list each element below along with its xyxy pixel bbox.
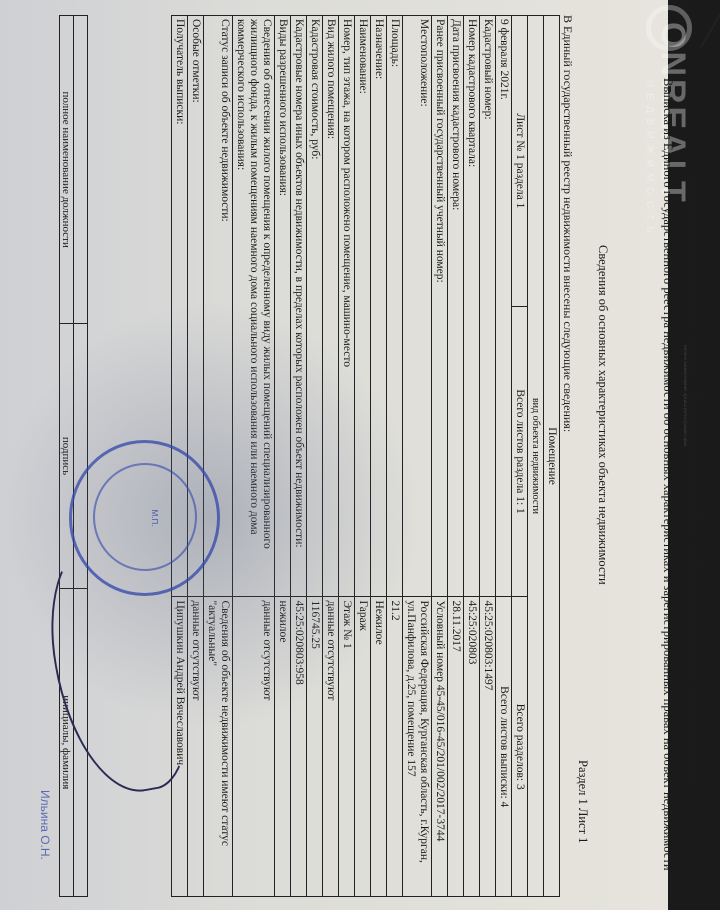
position-caption: полное наименование должности [60,16,74,324]
sheet-number: Лист № 1 раздела 1 [512,16,528,307]
section-reference: Раздел 1 Лист 1 [575,760,590,843]
row-value: 116745.25 [307,597,323,897]
sheets-in-section: Всего листов раздела 1: 1 [512,306,528,597]
row-label: Дата присвоения кадастрового номера: [448,16,464,597]
row-value: Этаж № 1 [339,597,355,897]
row-label: Сведения об отнесении жилого помещения к… [233,16,275,597]
row-label: Виды разрешенного использования: [275,16,291,597]
row-label: Наименование: [355,16,371,597]
table-row: Статус записи об объекте недвижимости:Св… [204,16,233,897]
watermark-tagline: НЕДВИЖИМОСТЬ [644,80,655,239]
table-row: Сведения об отнесении жилого помещения к… [233,16,275,897]
table-row: Дата присвоения кадастрового номера:28.1… [448,16,464,897]
row-value: Нежилое [371,597,387,897]
row-value: нежилое [275,597,291,897]
signature-caption: подпись [60,324,74,588]
sections-total: Всего разделов: 3 [512,597,528,897]
table-row: Кадастровый номер:45:25:020803:1497 [480,16,496,897]
signer-name: Ильина О.Н. [38,790,52,860]
row-value: данные отсутствуют [233,597,275,897]
row-label: Кадастровая стоимость, руб: [307,16,323,597]
row-label: Номер, тип этажа, на котором расположено… [339,16,355,597]
row-value: 45:25:020803:1497 [480,597,496,897]
characteristics-rows: Кадастровый номер:45:25:020803:1497Номер… [172,16,496,897]
organization-name: Управление Федеральной службы государств… [689,180,704,781]
row-value: 21.2 [387,597,403,897]
table-row: Номер, тип этажа, на котором расположено… [339,16,355,897]
row-value: 45:25:020803 [464,597,480,897]
row-value: Российская Федерация, Курганская область… [403,597,432,897]
row-value: 28.11.2017 [448,597,464,897]
table-row: Виды разрешенного использования:нежилое [275,16,291,897]
sheets-total: Всего листов выписки: 4 [496,597,512,897]
table-row: Номер кадастрового квартала:45:25:020803 [464,16,480,897]
seal-label: М.П. [150,453,159,583]
document-subtitle: Сведения об основных характеристиках объ… [595,245,610,585]
object-type-caption: вид объекта недвижимости [528,16,544,897]
characteristics-table: Помещение вид объекта недвижимости Лист … [171,15,560,897]
row-label: Кадастровый номер: [480,16,496,597]
row-value: Сведения об объекте недвижимости имеют с… [204,597,233,897]
row-label: Кадастровые номера иных объектов недвижи… [291,16,307,597]
row-label: Ранее присвоенный государственный учетны… [432,16,448,597]
row-label: Местоположение: [403,16,432,597]
table-row: Кадастровые номера иных объектов недвижи… [291,16,307,897]
organization-caption: полное наименование органа регистрации п… [682,345,687,446]
table-row: Ранее присвоенный государственный учетны… [432,16,448,897]
document-title: Выписка из Единого государственного реес… [660,78,675,871]
row-label: Площадь: [387,16,403,597]
row-value: Гараж [355,597,371,897]
table-row: Вид жилого помещения:данные отсутствуют [323,16,339,897]
table-row: Площадь:21.2 [387,16,403,897]
table-row: Местоположение:Российская Федерация, Кур… [403,16,432,897]
intro-text: В Единый государственный реестр недвижим… [560,15,575,432]
row-label: Вид жилого помещения: [323,16,339,597]
table-row: Кадастровая стоимость, руб:116745.25 [307,16,323,897]
extract-date: 9 февраля 2021г. [496,16,512,597]
pen-mark [700,12,720,48]
object-type: Помещение [544,16,560,897]
document-sheet: ONREALT НЕДВИЖИМОСТЬ Управление Федераль… [0,0,720,910]
row-label: Номер кадастрового квартала: [464,16,480,597]
row-value: 45:25:020803:958 [291,597,307,897]
row-value: данные отсутствуют [188,597,204,897]
signature-block: полное наименование должности подпись ин… [59,15,88,897]
table-row: Наименование:Гараж [355,16,371,897]
table-row: Назначение:Нежилое [371,16,387,897]
row-value: Условный номер 45-45/016-45/201/002/2017… [432,597,448,897]
row-value: данные отсутствуют [323,597,339,897]
row-label: Назначение: [371,16,387,597]
